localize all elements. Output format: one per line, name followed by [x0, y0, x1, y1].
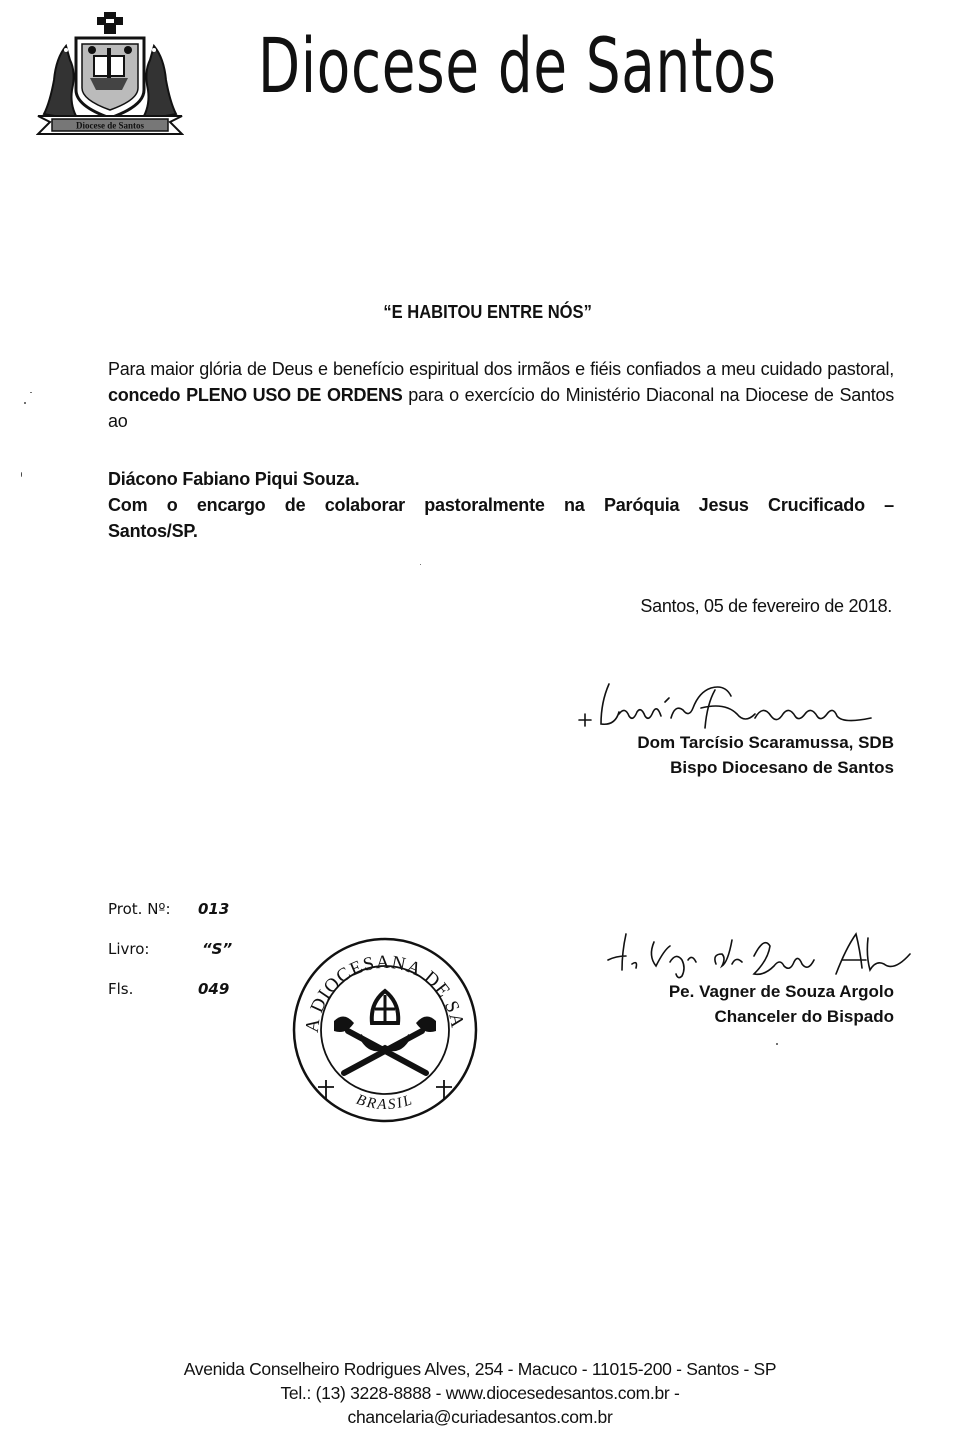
scan-speck	[24, 402, 26, 404]
protocol-label: Prot. Nº:	[108, 900, 198, 918]
diocese-coat-of-arms-icon: Diocese de Santos	[36, 8, 184, 136]
protocol-row: Prot. Nº: 013	[108, 900, 232, 940]
chancellor-role: Chanceler do Bispado	[669, 1004, 894, 1029]
footer-address: Avenida Conselheiro Rodrigues Alves, 254…	[0, 1357, 960, 1381]
sheet-row: Fls. 049	[108, 980, 232, 1020]
chancellor-name: Pe. Vagner de Souza Argolo	[669, 979, 894, 1004]
grant-paragraph: Para maior glória de Deus e benefício es…	[108, 356, 894, 434]
book-value: “S”	[198, 940, 232, 958]
footer-contact: Avenida Conselheiro Rodrigues Alves, 254…	[0, 1357, 960, 1429]
assignment-line: Com o encargo de colaborar pastoralmente…	[108, 492, 894, 518]
deacon-paragraph: Diácono Fabiano Piqui Souza. Com o encar…	[108, 466, 894, 544]
scan-speck	[30, 392, 32, 393]
footer-phone-website: Tel.: (13) 3228-8888 - www.diocesedesant…	[0, 1381, 960, 1405]
bishop-role: Bispo Diocesano de Santos	[637, 755, 894, 780]
bishop-name: Dom Tarcísio Scaramussa, SDB	[637, 730, 894, 755]
motto-heading: “E HABITOU ENTRE NÓS”	[0, 302, 960, 323]
deacon-name: Diácono Fabiano Piqui Souza.	[108, 466, 894, 492]
handwritten-signature-icon	[604, 926, 914, 982]
book-label: Livro:	[108, 940, 198, 958]
document-date: Santos, 05 de fevereiro de 2018.	[640, 596, 892, 617]
scan-speck	[420, 564, 421, 565]
chancellor-signature-block: Pe. Vagner de Souza Argolo Chanceler do …	[669, 979, 894, 1029]
protocol-value: 013	[198, 900, 229, 918]
page-title: Diocese de Santos	[258, 28, 777, 104]
protocol-info: Prot. Nº: 013 Livro: “S” Fls. 049	[108, 900, 232, 1020]
grant-text-before: Para maior glória de Deus e benefício es…	[108, 359, 894, 379]
scan-speck	[21, 472, 22, 477]
assignment-location: Santos/SP.	[108, 518, 894, 544]
book-row: Livro: “S”	[108, 940, 232, 980]
curia-seal-icon: CURIA DIOCESANA DE SANTOS BRASIL	[290, 935, 480, 1125]
handwritten-signature-icon	[575, 674, 875, 736]
svg-text:Diocese de Santos: Diocese de Santos	[76, 121, 144, 131]
sheet-label: Fls.	[108, 980, 198, 998]
footer-email: chancelaria@curiadesantos.com.br	[0, 1405, 960, 1429]
grant-text-bold: concedo PLENO USO DE ORDENS	[108, 385, 403, 405]
bishop-signature-block: Dom Tarcísio Scaramussa, SDB Bispo Dioce…	[637, 730, 894, 780]
scan-speck	[776, 1043, 778, 1045]
sheet-value: 049	[198, 980, 229, 998]
